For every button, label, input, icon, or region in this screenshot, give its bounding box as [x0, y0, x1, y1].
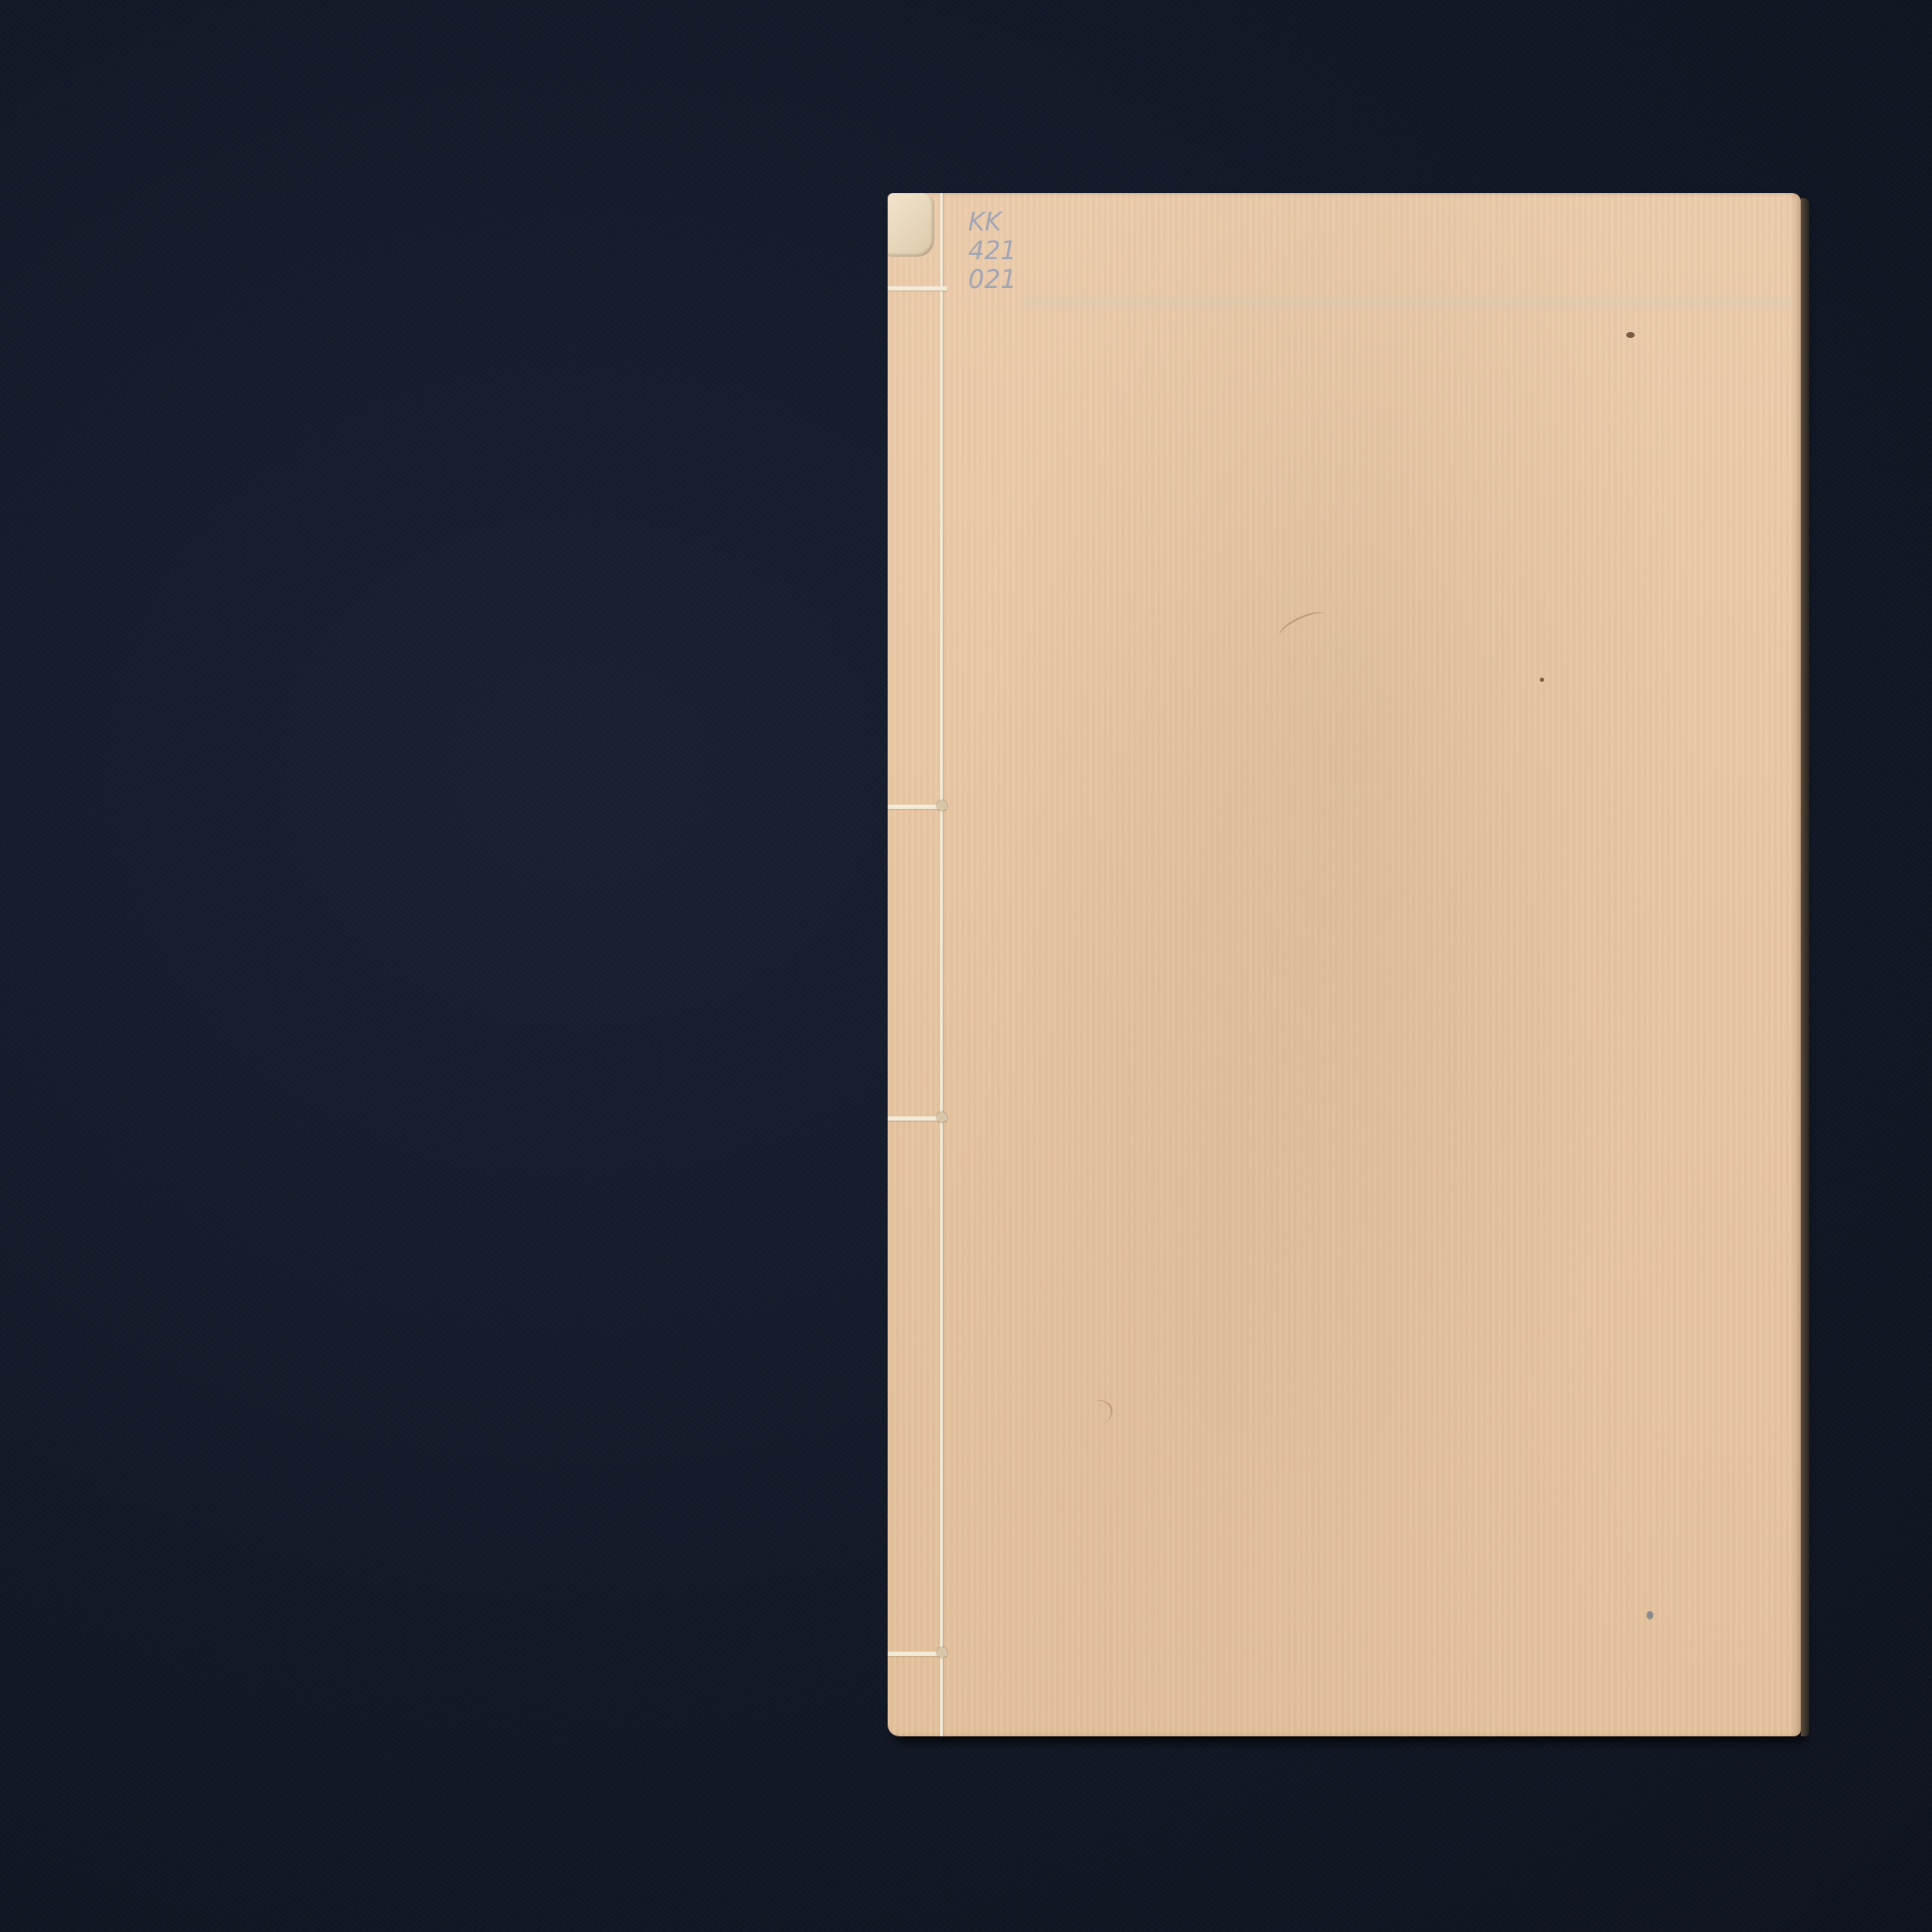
spine-corner-wrap [888, 193, 934, 257]
paper-fiber [1074, 1396, 1116, 1432]
shelf-mark-line-3: 021 [968, 266, 1027, 295]
book-cover: KK 421 021 [888, 193, 1801, 1736]
binding-stitch [888, 286, 947, 291]
stain-spot [1647, 1611, 1653, 1619]
shelf-mark-line-1: KK [968, 208, 1027, 237]
binding-knot [937, 800, 947, 811]
shelf-mark-line-2: 421 [968, 237, 1027, 266]
stain-spot [1540, 678, 1544, 682]
binding-knot [937, 1647, 947, 1658]
shelf-mark: KK 421 021 [968, 208, 1027, 295]
paper-fiber [1276, 606, 1330, 645]
binding-thread-vertical [940, 193, 943, 1736]
binding-knot [937, 1112, 947, 1122]
stain-spot [1626, 332, 1635, 338]
faded-top-band [1023, 293, 1792, 312]
